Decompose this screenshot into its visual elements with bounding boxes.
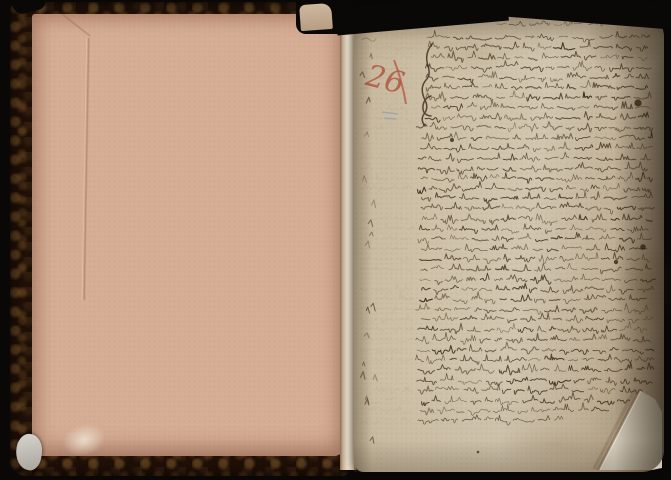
manuscript-scan: 26 [0,0,671,480]
page-shade-left [354,6,372,472]
opening-flourish [422,44,432,126]
left-page-endpaper [32,14,344,456]
gutter-paper-tab [299,3,333,31]
blue-crayon-mark [382,112,398,119]
page-shade-right [614,6,664,472]
page-shade-bottom [354,440,664,472]
ink-blot [450,138,454,142]
